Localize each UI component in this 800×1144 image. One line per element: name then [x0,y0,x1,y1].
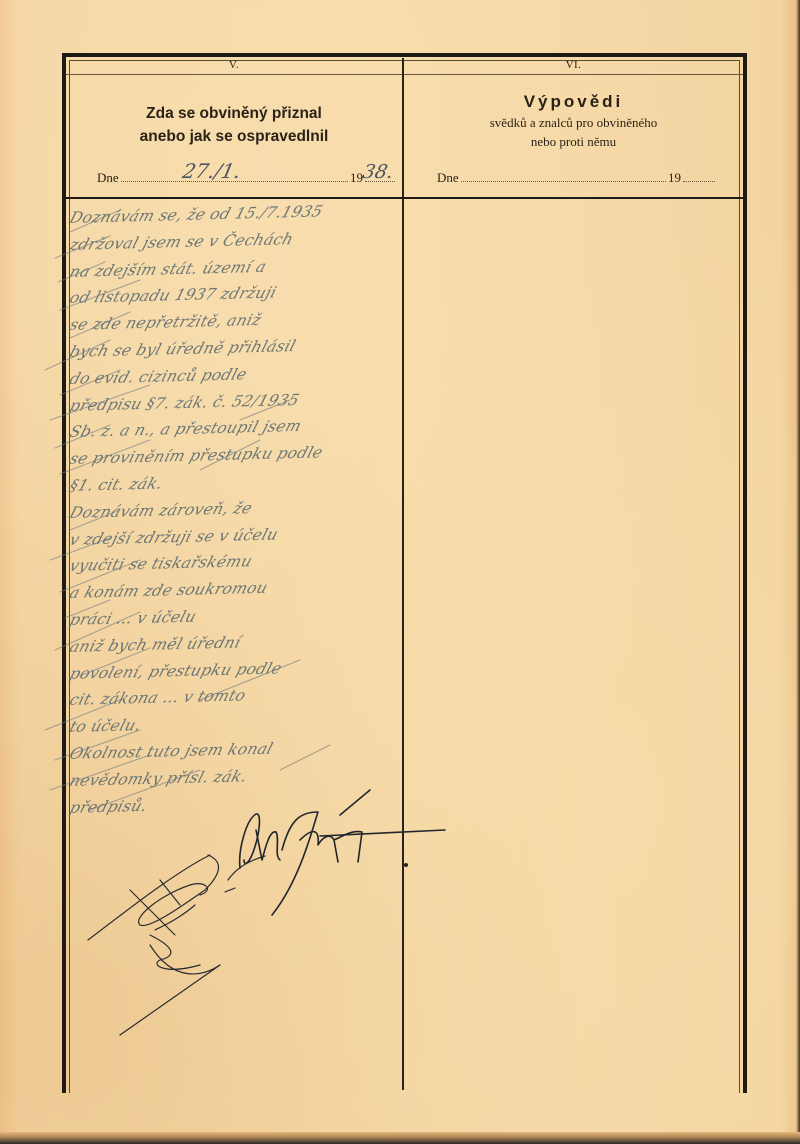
handwritten-testimony: Doznávám se, že od 15./7.1935 zdržoval j… [66,205,402,821]
date-label: Dne [97,170,119,186]
confession-date-field: Dne 27./1. 19 38. [97,170,397,186]
page-edge-right [796,0,800,1144]
column-header-confession: Zda se obviněný přiznal anebo jak se osp… [66,80,402,148]
column-header-testimonies: Výpovědi svědků a znalců pro obviněného … [404,80,743,151]
section-numeral-vi: VI. [404,59,743,71]
page-edge-bottom [0,1132,800,1144]
testimonies-subtitle-line-1: svědků a znalců pro obviněného [404,113,743,132]
handwritten-day: 27./1. [180,159,243,183]
date-year-blank [683,171,715,182]
handwritten-year: 38. [361,161,396,183]
section-numeral-v: V. [66,59,402,71]
date-label: Dne [437,170,459,186]
date-day-blank: 27./1. [121,171,348,182]
confession-title-line-1: Zda se obviněný přiznal [66,102,402,125]
testimony-date-field: Dne 19 [437,170,717,186]
year-prefix: 19 [668,170,681,186]
date-year-blank: 38. [365,171,395,182]
confession-title-line-2: anebo jak se ospravedlnil [66,125,402,148]
testimonies-subtitle-line-2: nebo proti němu [404,132,743,151]
testimonies-title: Výpovědi [404,91,743,113]
date-day-blank [461,171,666,182]
section-numeral-row: V. VI. [66,58,743,75]
